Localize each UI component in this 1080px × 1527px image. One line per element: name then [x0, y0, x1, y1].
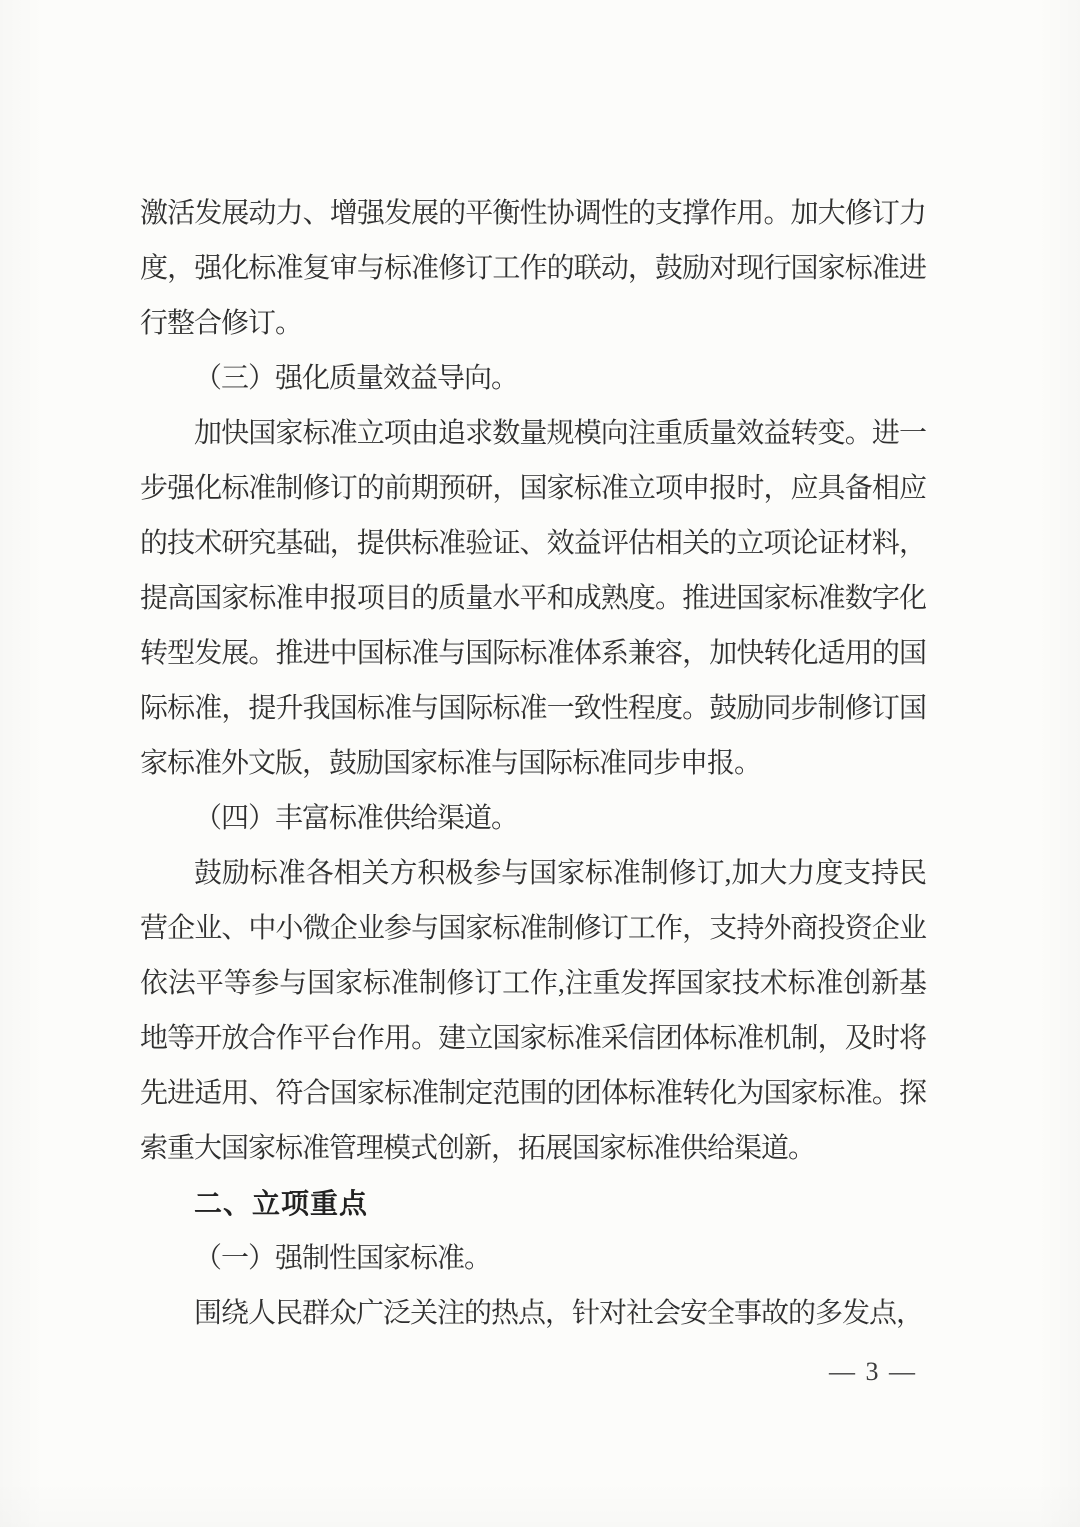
body-text-line: 加快国家标准立项由追求数量规模向注重质量效益转变。进一	[140, 406, 926, 461]
document-body: 激活发展动力、增强发展的平衡性协调性的支撑作用。加大修订力度，强化标准复审与标准…	[140, 186, 926, 1341]
body-text-line: 依法平等参与国家标准制修订工作,注重发挥国家技术标准创新基	[140, 956, 926, 1011]
body-text-line: 的技术研究基础，提供标准验证、效益评估相关的立项论证材料，	[140, 516, 926, 571]
body-text-line: 提高国家标准申报项目的质量水平和成熟度。推进国家标准数字化	[140, 571, 926, 626]
page-number: — 3 —	[829, 1352, 917, 1392]
body-text-line: 鼓励标准各相关方积极参与国家标准制修订,加大力度支持民	[140, 846, 926, 901]
body-text-line: 地等开放合作平台作用。建立国家标准采信团体标准机制，及时将	[140, 1011, 926, 1066]
body-text-line: 激活发展动力、增强发展的平衡性协调性的支撑作用。加大修订力	[140, 186, 926, 241]
body-text-line: 先进适用、符合国家标准制定范围的团体标准转化为国家标准。探	[140, 1066, 926, 1121]
body-text-line: 围绕人民群众广泛关注的热点，针对社会安全事故的多发点，	[140, 1286, 926, 1341]
body-text-line: 家标准外文版，鼓励国家标准与国际标准同步申报。	[140, 736, 926, 791]
body-text-line: （三）强化质量效益导向。	[140, 351, 926, 406]
body-text-line: 步强化标准制修订的前期预研，国家标准立项申报时，应具备相应	[140, 461, 926, 516]
body-text-line: 度，强化标准复审与标准修订工作的联动，鼓励对现行国家标准进	[140, 241, 926, 296]
body-text-line: 转型发展。推进中国标准与国际标准体系兼容，加快转化适用的国	[140, 626, 926, 681]
body-text-line: 索重大国家标准管理模式创新，拓展国家标准供给渠道。	[140, 1121, 926, 1176]
body-text-line: （四）丰富标准供给渠道。	[140, 791, 926, 846]
body-text-line: 营企业、中小微企业参与国家标准制修订工作，支持外商投资企业	[140, 901, 926, 956]
section-heading: 二、立项重点	[140, 1176, 926, 1231]
body-text-line: （一）强制性国家标准。	[140, 1231, 926, 1286]
body-text-line: 行整合修订。	[140, 296, 926, 351]
document-page: 激活发展动力、增强发展的平衡性协调性的支撑作用。加大修订力度，强化标准复审与标准…	[0, 0, 1080, 1527]
body-text-line: 际标准，提升我国标准与国际标准一致性程度。鼓励同步制修订国	[140, 681, 926, 736]
